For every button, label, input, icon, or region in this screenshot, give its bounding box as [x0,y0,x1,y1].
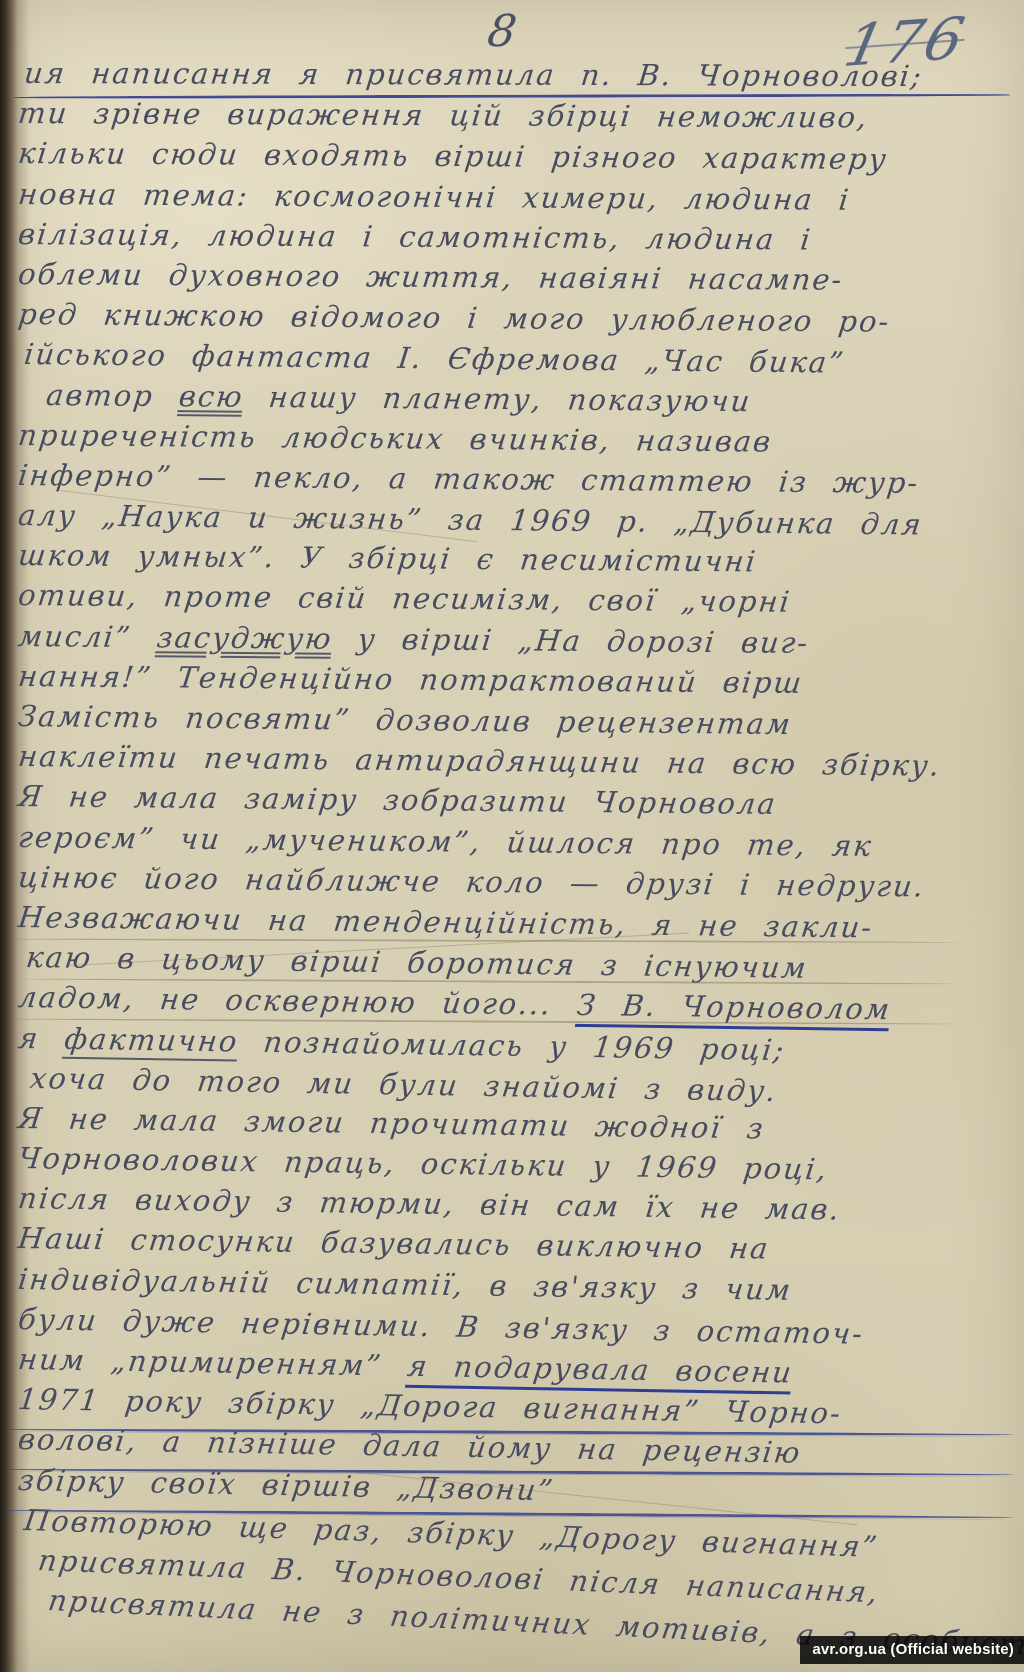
handwritten-text: нання!” Тенденційно потрактований вірш [16,659,805,700]
manuscript-line: облеми духовного життя, навіяні насампе- [16,257,1022,304]
manuscript-line: ти зрівне вираження цій збірці неможливо… [16,96,1022,141]
manuscript-line: новна тема: космогонічні химери, людина … [16,177,1022,224]
underlined-phrase: я подарувала восени [405,1349,795,1395]
handwritten-text: приреченість людських вчинків, називав [16,418,774,459]
handwritten-text: познайомилась у 1969 році; [236,1024,787,1067]
handwritten-text: я [16,1021,66,1056]
underlined-phrase: З В. Чорноволом [575,988,893,1031]
handwritten-text: Замість посвяти” дозволив рецензентам [16,699,794,741]
manuscript-line: ия написання я присвятила п. В. Чорновол… [22,56,1022,100]
underlined-phrase: всю [177,379,245,414]
handwritten-text: ним „примиренням” [16,1342,409,1383]
handwritten-text: новна тема: космогонічні химери, людина … [16,177,852,217]
handwritten-text: у вірші „На дорозі виг- [331,621,811,659]
handwritten-text: ред книжкою відомого і мого улюбленого р… [16,297,892,339]
page-number: 8 [484,6,519,57]
handwritten-text: отиви, проте свій песимізм, свої „чорні [16,578,793,619]
manuscript-line: кільки сюди входять вірші різного характ… [16,136,1022,183]
underlined-phrase: засуджую [155,620,335,656]
handwritten-text: вілізація, людина і самотність, людина і [16,217,813,257]
handwritten-text: шком умных”. У збірці є песимістичні [16,538,759,578]
handwritten-text: нашу планету, показуючи [242,379,754,417]
handwritten-text: інферно” — пекло, а також статтею із жур… [16,458,921,500]
handwritten-text: мислі” [16,619,158,654]
handwritten-text: ладом, не осквернюю його... [16,980,579,1022]
handwritten-text: Я не мала заміру зобразити Чорновола [16,779,778,821]
underlined-phrase: фактично [62,1021,240,1061]
watermark-label: avr.org.ua (Official website) [800,1636,1024,1664]
handwritten-text: автор [44,378,181,413]
scanned-page: 8 176 ия написання я присвятила п. В. Чо… [0,0,1024,1672]
manuscript-lines: ия написання я присвятила п. В. Чорновол… [18,56,1020,1623]
handwritten-text: кільки сюди входять вірші різного характ… [16,136,889,176]
handwritten-text: ійського фантаста І. Єфремова „Час бика” [22,337,847,380]
handwritten-text: ти зрівне вираження цій збірці неможливо… [16,96,870,134]
manuscript-line: вілізація, людина і самотність, людина і [16,217,1022,264]
handwritten-text: ия написання я присвятила п. В. Чорновол… [22,56,924,93]
handwritten-text: облеми духовного життя, навіяні насампе- [16,257,845,297]
